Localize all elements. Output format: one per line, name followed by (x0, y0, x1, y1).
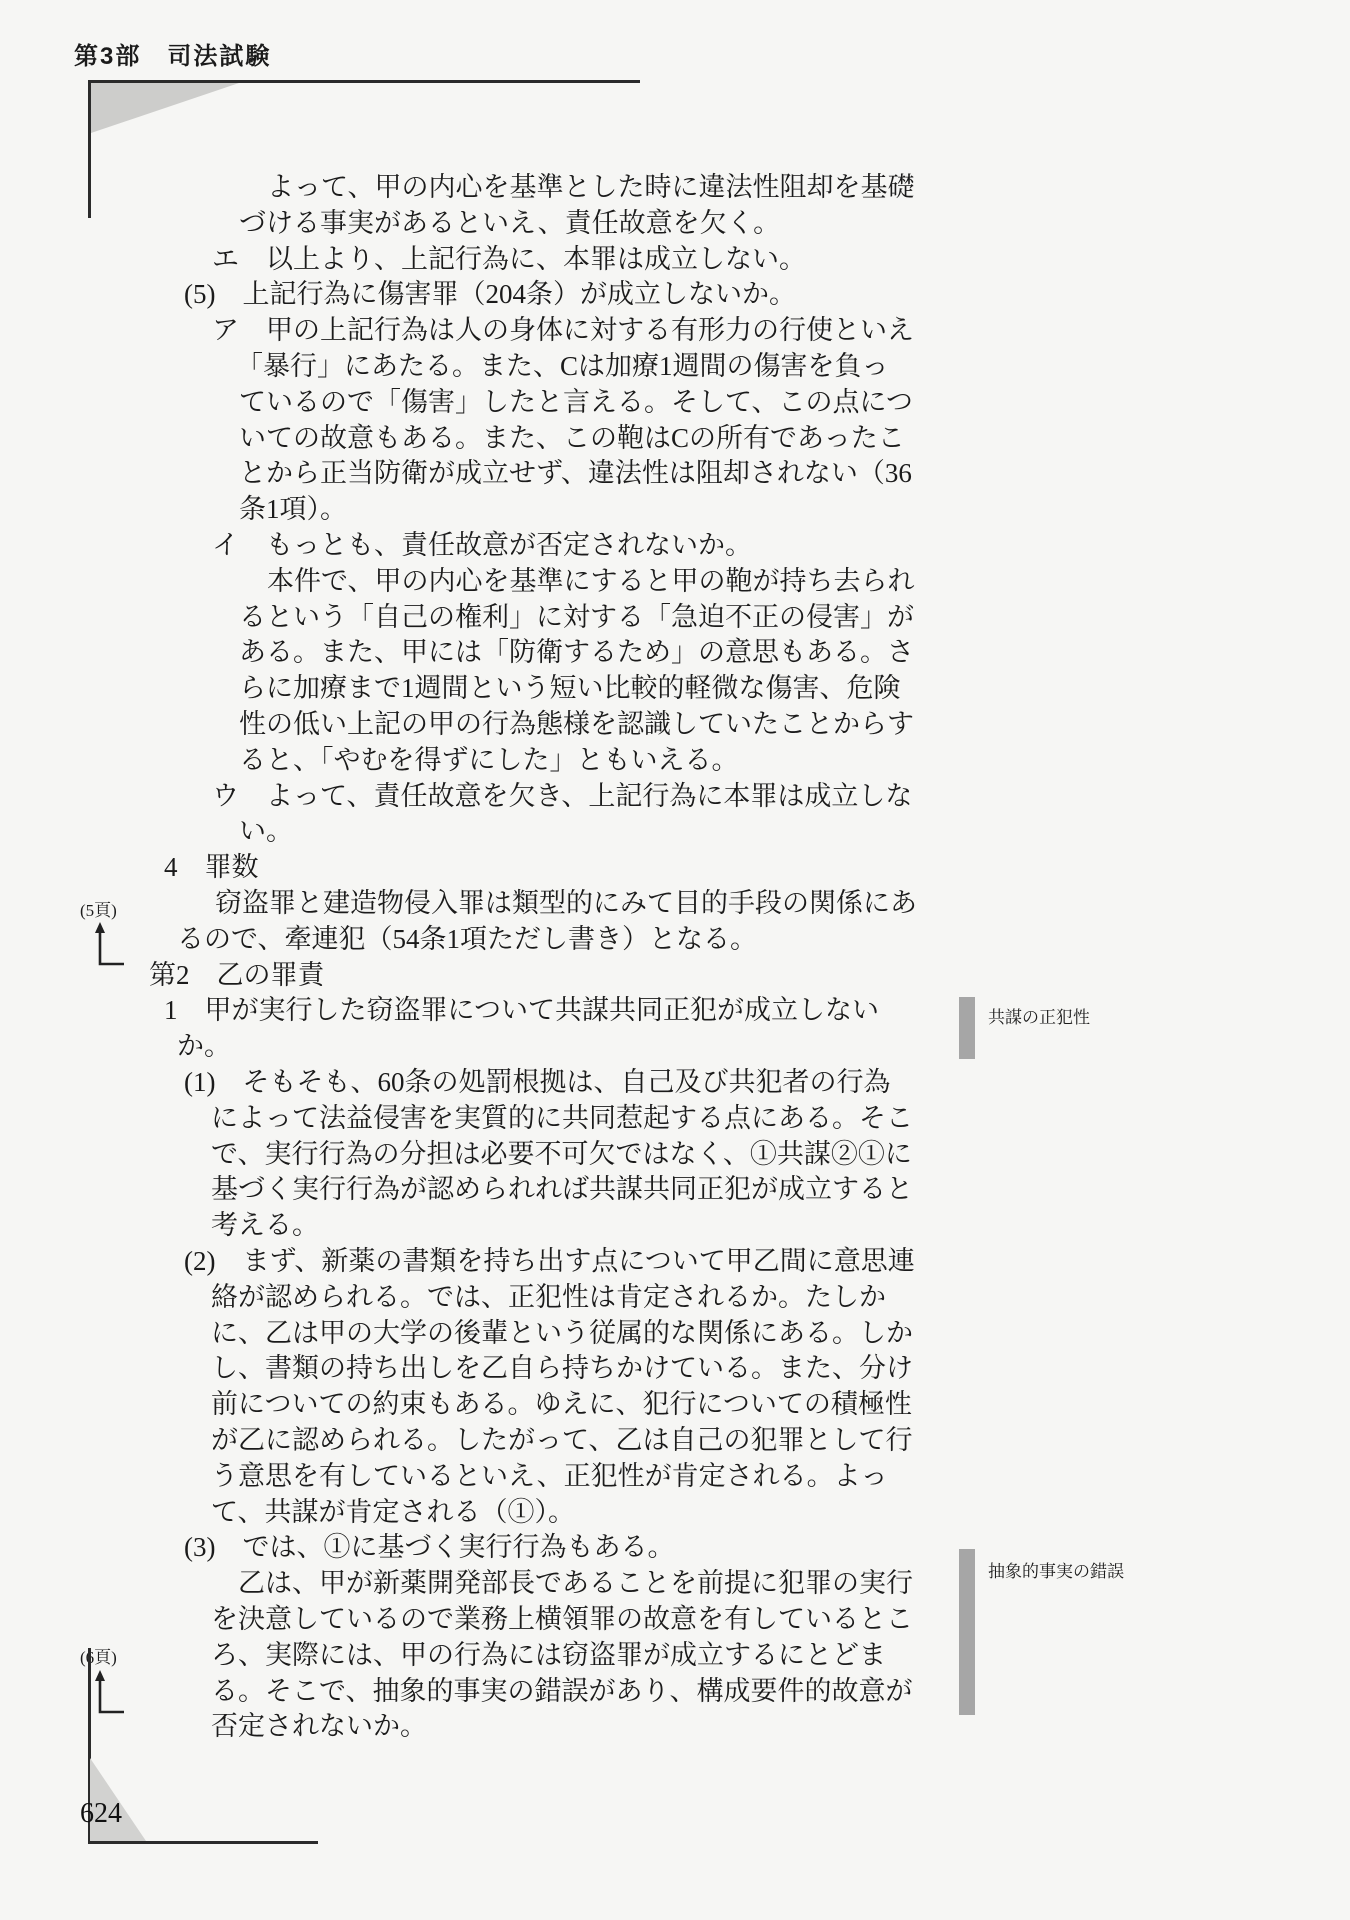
margin-topic-bar (959, 1549, 975, 1715)
page-ref-arrow-icon (92, 920, 128, 968)
body-line: ろ、実際には、甲の行為には窃盗罪が成立するにとどま (211, 1640, 886, 1670)
body-line: とから正当防衛が成立せず、違法性は阻却されない（36 (239, 458, 912, 488)
body-line: ているので「傷害」したと言える。そして、この点につ (239, 387, 913, 417)
body-line: 第2 乙の罪責 (149, 960, 325, 990)
body-line: て、共謀が肯定される（①）。 (211, 1497, 575, 1527)
body-line: るので、牽連犯（54条1項ただし書き）となる。 (177, 924, 757, 954)
body-line: (2) まず、新薬の書類を持ち出す点について甲乙間に意思連 (184, 1246, 915, 1276)
body-line: らに加療まで1週間という短い比較的軽微な傷害、危険 (239, 673, 901, 703)
body-line: よって、甲の内心を基準とした時に違法性阻却を基礎 (267, 172, 914, 202)
body-line: 絡が認められる。では、正犯性は肯定されるか。たしか (211, 1282, 886, 1312)
header-horizontal-rule (88, 80, 640, 83)
footer-horizontal-rule (88, 1841, 318, 1844)
body-line: に、乙は甲の大学の後輩という従属的な関係にある。しか (211, 1318, 913, 1348)
body-line: 窃盗罪と建造物侵入罪は類型的にみて目的手段の関係にあ (215, 888, 917, 918)
body-line: し、書類の持ち出しを乙自ら持ちかけている。また、分け (211, 1353, 913, 1383)
body-line: づける事実があるといえ、責任故意を欠く。 (239, 208, 780, 238)
body-line: る。そこで、抽象的事実の錯誤があり、構成要件的故意が (211, 1676, 912, 1706)
body-line: ア 甲の上記行為は人の身体に対する有形力の行使といえ (212, 315, 914, 345)
body-line: 乙は、甲が新薬開発部長であることを前提に犯罪の実行 (238, 1568, 913, 1598)
margin-topic-label: 共謀の正犯性 (988, 1003, 1090, 1028)
page-header: 第3部 司法試験 (74, 36, 271, 71)
body-line: い。 (239, 816, 293, 846)
body-line: ウ よって、責任故意を欠き、上記行為に本罪は成立しな (212, 781, 912, 811)
body-line: 基づく実行行為が認められれば共謀共同正犯が成立すると (211, 1174, 913, 1204)
page-ref-arrow-icon (92, 1668, 128, 1716)
header-vertical-rule (88, 80, 91, 218)
body-line: 前についての約束もある。ゆえに、犯行についての積極性 (211, 1389, 912, 1419)
body-line: いての故意もある。また、この鞄はCの所有であったこ (239, 423, 905, 453)
page-ref-note: (5頁) (80, 896, 117, 921)
body-line: 性の低い上記の甲の行為態様を認識していたことからす (239, 709, 914, 739)
book-page: 第3部 司法試験 よって、甲の内心を基準とした時に違法性阻却を基礎づける事実があ… (0, 0, 1350, 1920)
body-line: (5) 上記行為に傷害罪（204条）が成立しないか。 (184, 279, 796, 309)
body-line: ある。また、甲には「防衛するため」の意思もある。さ (239, 637, 914, 667)
body-line: 考える。 (211, 1210, 319, 1240)
body-line: 1 甲が実行した窃盗罪について共謀共同正犯が成立しない (164, 995, 879, 1025)
body-line: 条1項）。 (239, 494, 347, 524)
body-line: (3) では、①に基づく実行行為もある。 (184, 1532, 674, 1562)
page-ref-note: (6頁) (80, 1643, 117, 1668)
body-line: (1) そもそも、60条の処罰根拠は、自己及び共犯者の行為 (184, 1067, 890, 1097)
body-line: を決意しているので業務上横領罪の故意を有しているとこ (211, 1604, 913, 1634)
body-line: で、実行行為の分担は必要不可欠ではなく、①共謀②①に (211, 1139, 912, 1169)
page-number: 624 (80, 1798, 122, 1830)
body-line: 4 罪数 (164, 852, 259, 882)
body-line: るという「自己の権利」に対する「急迫不正の侵害」が (239, 602, 914, 632)
body-line: う意思を有しているといえ、正犯性が肯定される。よっ (211, 1461, 888, 1491)
body-line: が乙に認められる。したがって、乙は自己の犯罪として行 (211, 1425, 912, 1455)
margin-topic-bar (959, 997, 975, 1059)
body-line: イ もっとも、責任故意が否定されないか。 (212, 530, 752, 560)
corner-triangle-top (91, 83, 239, 133)
body-line: 本件で、甲の内心を基準にすると甲の鞄が持ち去られ (267, 566, 914, 596)
body-line: エ 以上より、上記行為に、本罪は成立しない。 (212, 244, 806, 274)
margin-topic-label: 抽象的事実の錯誤 (988, 1557, 1124, 1582)
body-line: か。 (177, 1031, 231, 1061)
body-line: ると、「やむを得ずにした」ともいえる。 (239, 745, 739, 775)
body-line: によって法益侵害を実質的に共同惹起する点にある。そこ (211, 1103, 913, 1133)
body-line: 「暴行」にあたる。また、Cは加療1週間の傷害を負っ (236, 351, 889, 381)
body-line: 否定されないか。 (211, 1711, 427, 1741)
